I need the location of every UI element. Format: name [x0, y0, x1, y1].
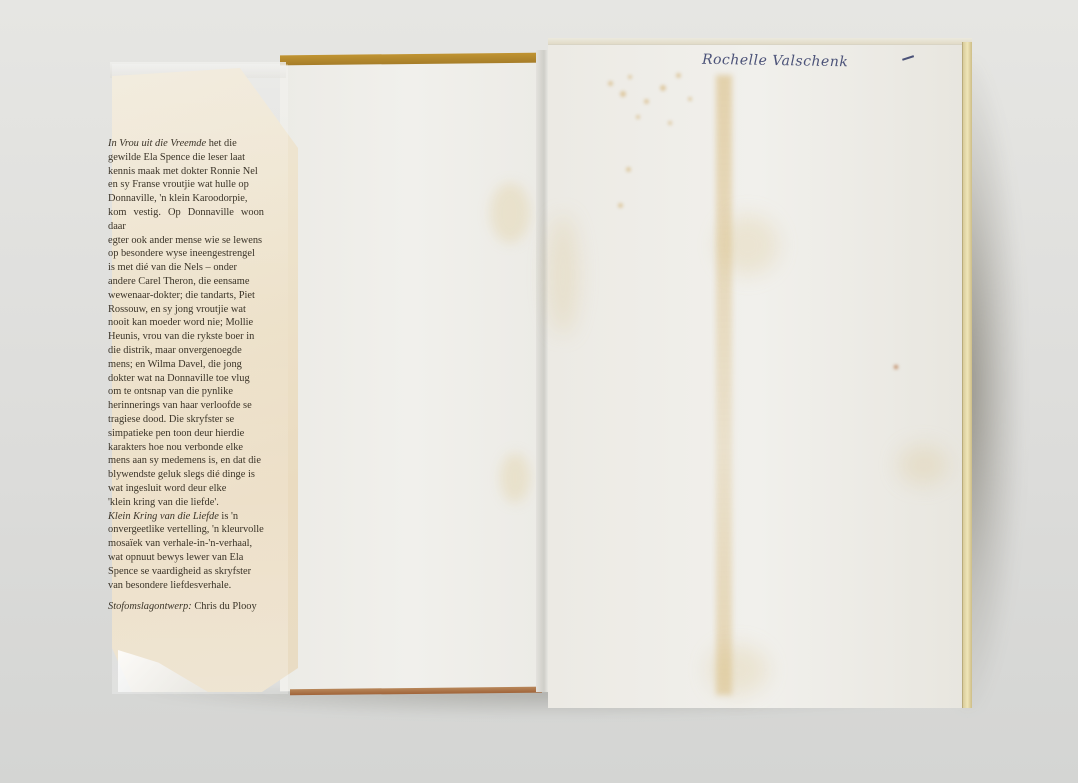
blurb-line: mens aan sy medemens is, en dat die — [108, 454, 264, 468]
stain — [500, 453, 530, 503]
blurb-line: van besondere liefdesverhale. — [108, 579, 264, 593]
blurb-line: op besondere wyse ineengestrengel — [108, 247, 264, 261]
blurb-line: Klein Kring van die Liefde is 'n — [108, 510, 264, 524]
foxing-spot — [660, 85, 666, 91]
cover-board-top-edge — [280, 53, 542, 66]
stain — [490, 183, 530, 243]
stain — [708, 645, 768, 695]
blurb-line: egter ook ander mense wie se lewens — [108, 234, 264, 248]
book-photo: Rochelle Valschenk In Vrou uit die Vreem… — [0, 0, 1078, 783]
foxing-spot — [608, 81, 613, 86]
handwritten-signature: Rochelle Valschenk — [702, 52, 849, 71]
blurb-line: kom vestig. Op Donnaville woon daar — [108, 206, 264, 234]
blurb-line: om te ontsnap van die pynlike — [108, 385, 264, 399]
text-block-fore-edge — [962, 42, 972, 708]
signature-dash — [902, 55, 914, 60]
foxing-spot — [620, 91, 626, 97]
blurb-line: In Vrou uit die Vreemde het die — [108, 137, 264, 151]
stain — [548, 215, 578, 335]
blurb-line: mosaïek van verhale-in-'n-verhaal, — [108, 537, 264, 551]
blurb-line: nooit kan moeder word nie; Mollie — [108, 316, 264, 330]
foxing-spot — [688, 97, 692, 101]
blurb-line: tragiese dood. Die skryfster se — [108, 413, 264, 427]
blurb-line: wat opnuut bewys lewer van Ela — [108, 551, 264, 565]
foxing-spot — [676, 73, 681, 78]
foxing-spot — [618, 203, 623, 208]
foxing-spot — [894, 365, 898, 369]
foxing-strip — [716, 75, 732, 695]
stain — [898, 445, 948, 485]
free-endpaper: Rochelle Valschenk — [548, 44, 964, 708]
blurb-line: wewenaar-dokter; die tandarts, Piet — [108, 289, 264, 303]
blurb-line: mens; en Wilma Davel, die jong — [108, 358, 264, 372]
foxing-spot — [636, 115, 640, 119]
blurb-line: Heunis, vrou van die rykste boer in — [108, 330, 264, 344]
blurb-line: simpatieke pen toon deur hierdie — [108, 427, 264, 441]
blurb-line: Donnaville, 'n klein Karoodorpie, — [108, 192, 264, 206]
blurb-line: herinnerings van haar verloofde se — [108, 399, 264, 413]
blurb-line: 'klein kring van die liefde'. — [108, 496, 264, 510]
blurb-line: kennis maak met dokter Ronnie Nel — [108, 165, 264, 179]
blurb-line: Spence se vaardigheid as skryfster — [108, 565, 264, 579]
inside-front-cover — [280, 53, 542, 692]
blurb-line: die distrik, maar onvergenoegde — [108, 344, 264, 358]
foxing-spot — [668, 121, 672, 125]
foxing-spot — [628, 75, 632, 79]
jacket-design-credit: Stofomslagontwerp: Chris du Plooy — [108, 600, 264, 614]
blurb-line: gewilde Ela Spence die leser laat — [108, 151, 264, 165]
flap-blurb: In Vrou uit die Vreemde het die gewilde … — [108, 137, 264, 614]
foxing-spot — [644, 99, 649, 104]
blurb-line: Rossouw, en sy jong vroutjie wat — [108, 303, 264, 317]
blurb-line: wat ingesluit word deur elke — [108, 482, 264, 496]
foxing-spot — [626, 167, 631, 172]
blurb-line: karakters hoe nou verbonde elke — [108, 441, 264, 455]
blurb-line: is met dié van die Nels – onder — [108, 261, 264, 275]
blurb-line: dokter wat na Donnaville toe vlug — [108, 372, 264, 386]
blurb-line: en sy Franse vroutjie wat hulle op — [108, 178, 264, 192]
blurb-line: blywendste geluk slegs dié dinge is — [108, 468, 264, 482]
blurb-line: onvergeetlike vertelling, 'n kleurvolle — [108, 523, 264, 537]
stain — [718, 215, 778, 275]
blurb-line: andere Carel Theron, die eensame — [108, 275, 264, 289]
